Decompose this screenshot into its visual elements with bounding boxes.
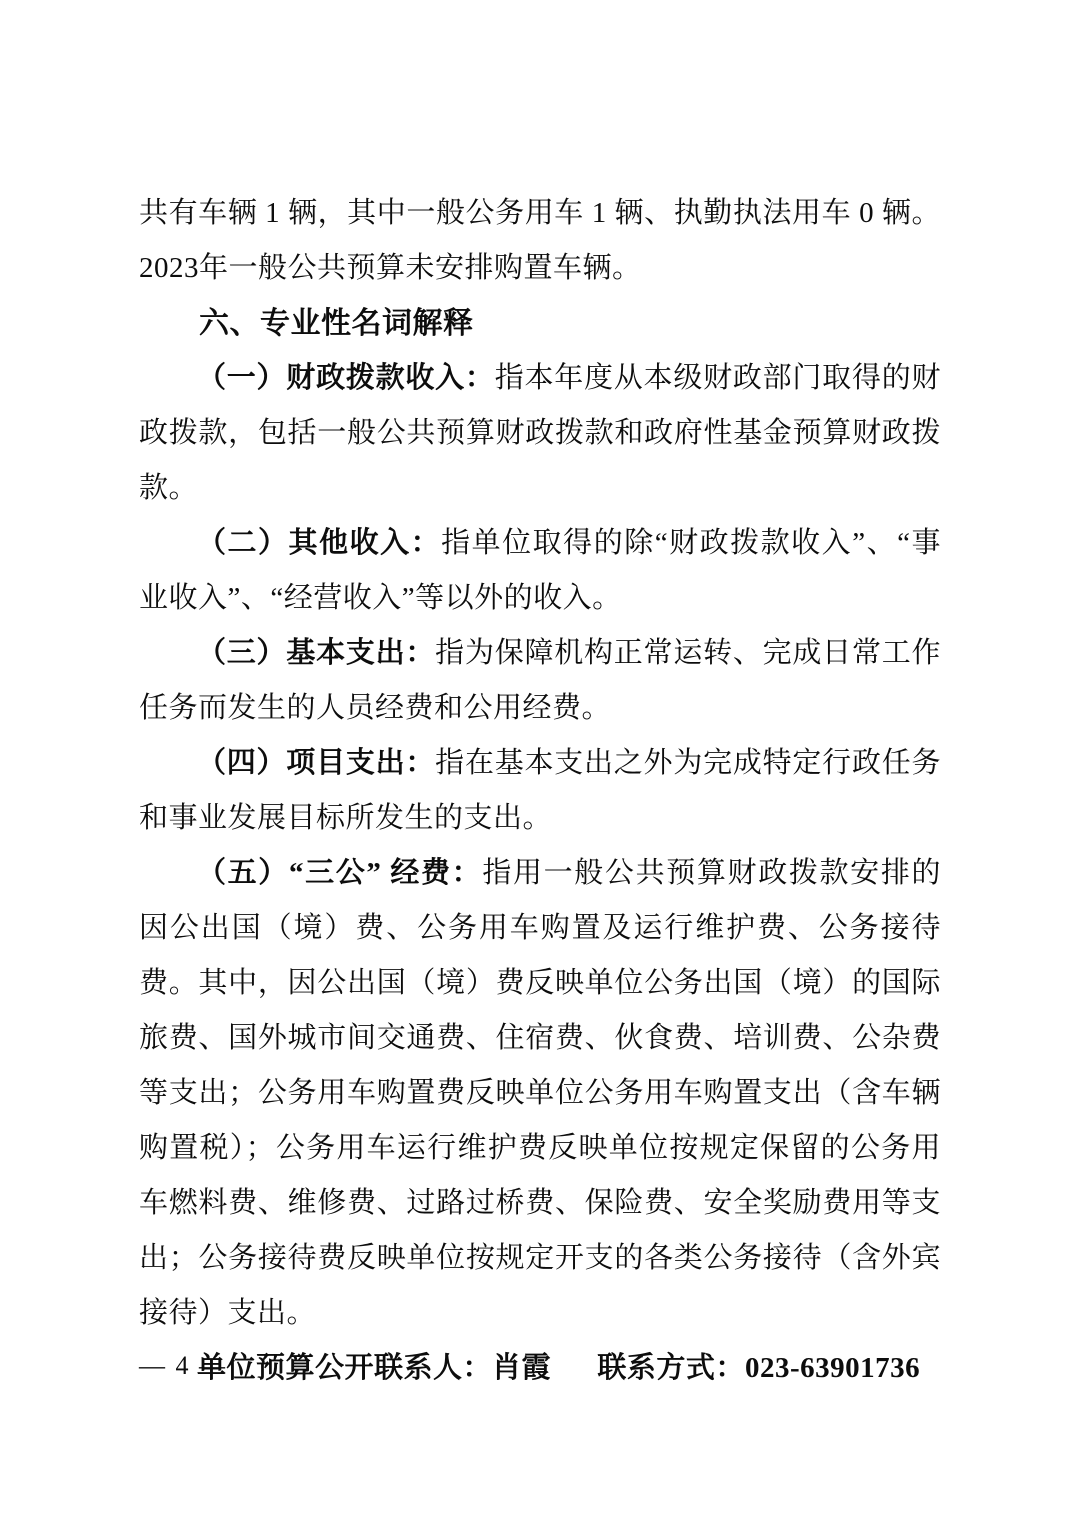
contact-person-label: 单位预算公开联系人： — [197, 1352, 492, 1384]
term-label: （三）基本支出： — [197, 637, 435, 669]
contact-phone-number: 023-63901736 — [745, 1352, 920, 1384]
page-number: — 4 — — [139, 1351, 227, 1380]
term-paragraph-project-expenditure: （四）项目支出：指在基本支出之外为完成特定行政任务和事业发展目标所发生的支出。 — [139, 736, 941, 846]
term-label: （五）“三公” 经费： — [197, 857, 482, 889]
term-paragraph-basic-expenditure: （三）基本支出：指为保障机构正常运转、完成日常工作任务而发生的人员经费和公用经费… — [139, 626, 941, 736]
vehicle-summary-text: 共有车辆 1 辆，其中一般公务用车 1 辆、执勤执法用车 0 辆。2023年一般… — [139, 197, 941, 284]
term-label: （四）项目支出： — [197, 747, 435, 779]
term-paragraph-three-public-funds: （五）“三公” 经费：指用一般公共预算财政拨款安排的因公出国（境）费、公务用车购… — [139, 846, 941, 1341]
page-content: 共有车辆 1 辆，其中一般公务用车 1 辆、执勤执法用车 0 辆。2023年一般… — [139, 186, 941, 1396]
paragraph-vehicle-summary: 共有车辆 1 辆，其中一般公务用车 1 辆、执勤执法用车 0 辆。2023年一般… — [139, 186, 941, 296]
term-label: （二）其他收入： — [197, 527, 441, 559]
section-heading-terms: 六、专业性名词解释 — [139, 296, 941, 351]
budget-contact-line: 单位预算公开联系人：肖霞联系方式：023-63901736 — [139, 1341, 941, 1396]
contact-person-name: 肖霞 — [492, 1352, 551, 1384]
document-page: 共有车辆 1 辆，其中一般公务用车 1 辆、执勤执法用车 0 辆。2023年一般… — [0, 0, 1074, 1520]
page-footer: — 4 — — [139, 1346, 227, 1386]
contact-method-label: 联系方式： — [597, 1352, 745, 1384]
term-paragraph-fiscal-appropriation-income: （一）财政拨款收入：指本年度从本级财政部门取得的财政拨款，包括一般公共预算财政拨… — [139, 351, 941, 516]
term-label: （一）财政拨款收入： — [197, 362, 495, 394]
term-paragraph-other-income: （二）其他收入：指单位取得的除“财政拨款收入”、“事业收入”、“经营收入”等以外… — [139, 516, 941, 626]
term-definition: 指用一般公共预算财政拨款安排的因公出国（境）费、公务用车购置及运行维护费、公务接… — [139, 857, 941, 1329]
